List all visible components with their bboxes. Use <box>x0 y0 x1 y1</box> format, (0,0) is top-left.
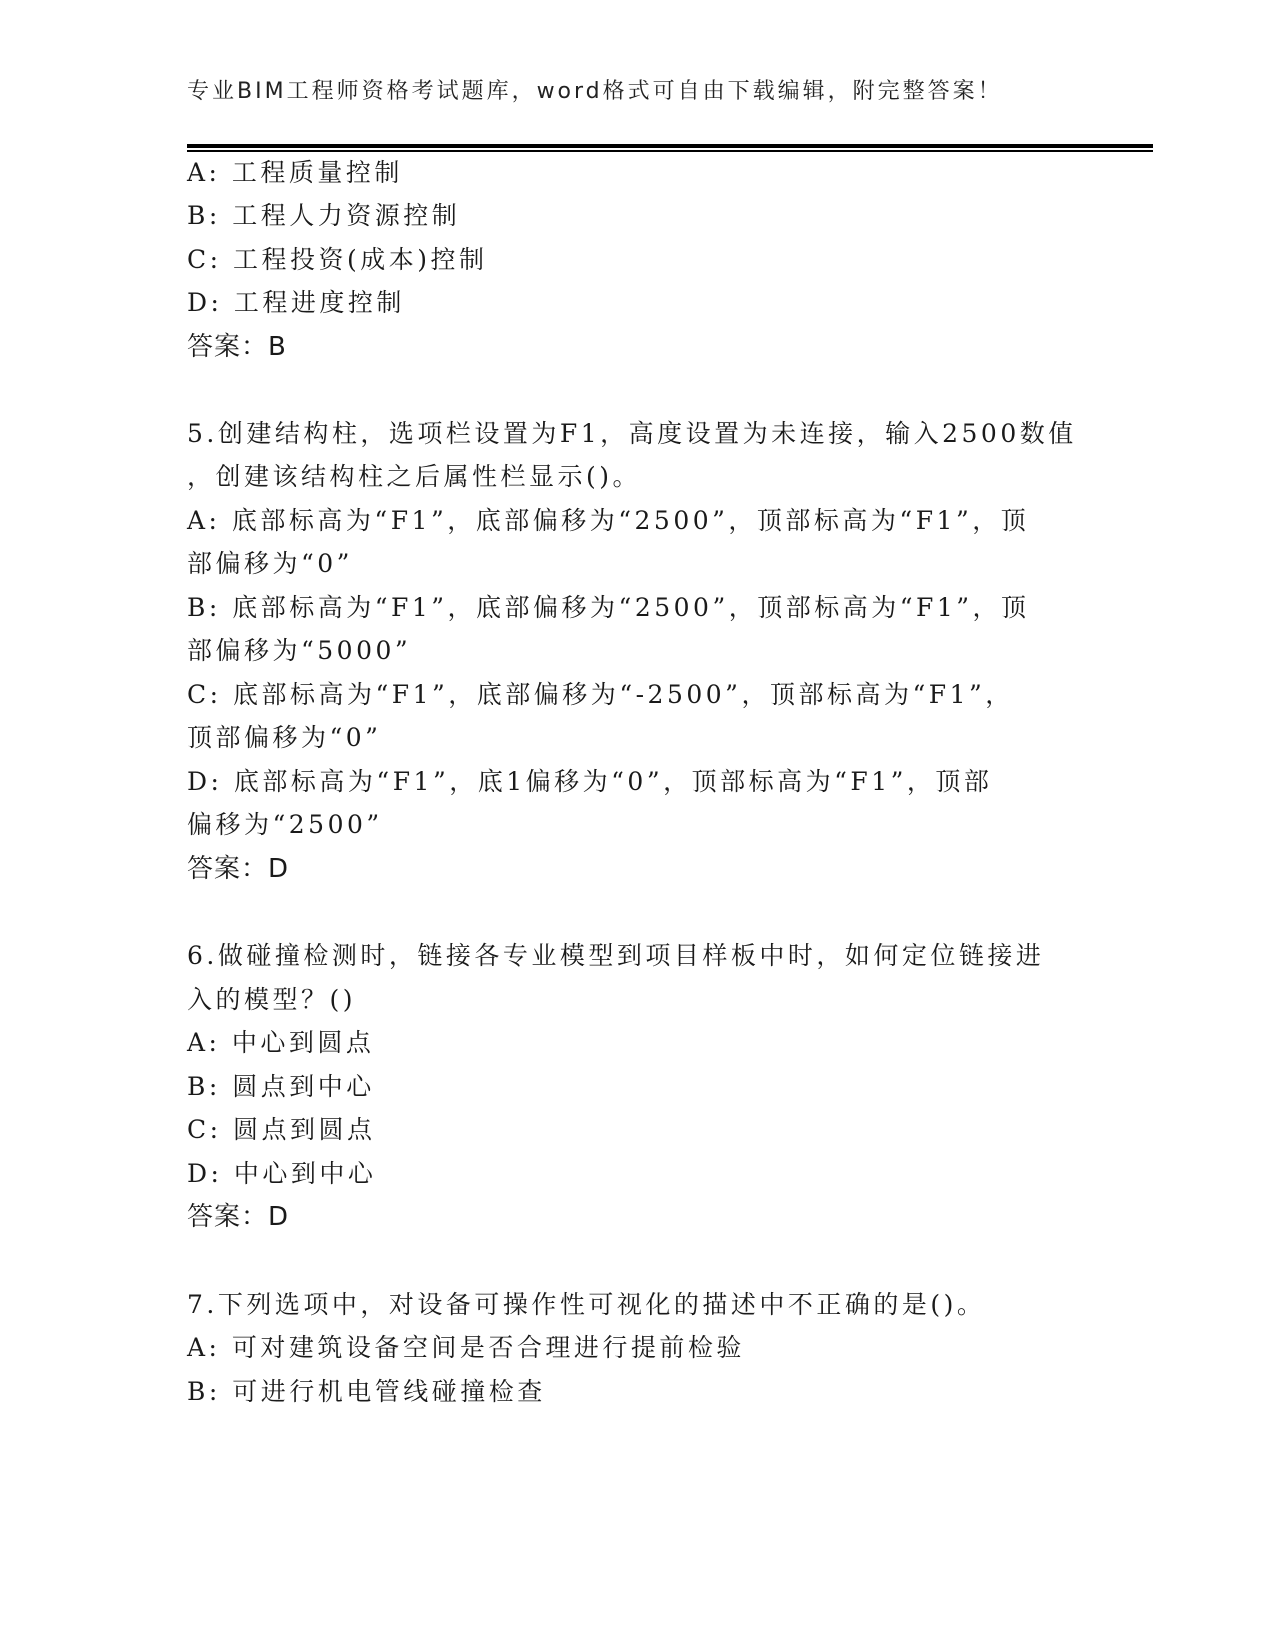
q7-question-line1: 7.下列选项中，对设备可操作性可视化的描述中不正确的是()。 <box>187 1290 985 1320</box>
q6-question-line2: 入的模型？() <box>187 985 356 1015</box>
q5-option-c-cont: 顶部偏移为“0” <box>187 723 381 753</box>
q4-option-d: D: 工程进度控制 <box>187 288 405 318</box>
q5-option-c: C: 底部标高为“F1”，底部偏移为“-2500”，顶部标高为“F1”， <box>187 680 1014 710</box>
q4-option-a: A: 工程质量控制 <box>187 158 403 188</box>
q6-option-b: B: 圆点到中心 <box>187 1072 375 1102</box>
rule-thin <box>187 150 1153 152</box>
q4-option-c: C: 工程投资(成本)控制 <box>187 245 488 275</box>
q5-question-line1: 5.创建结构柱，选项栏设置为F1，高度设置为未连接，输入2500数值 <box>187 419 1077 449</box>
q5-option-a: A: 底部标高为“F1”，底部偏移为“2500”，顶部标高为“F1”，顶 <box>187 506 1029 536</box>
q7-option-a: A: 可对建筑设备空间是否合理进行提前检验 <box>187 1333 745 1363</box>
q5-option-a-cont: 部偏移为“0” <box>187 549 353 579</box>
q6-option-c: C: 圆点到圆点 <box>187 1115 376 1145</box>
q6-answer: 答案：D <box>187 1202 289 1232</box>
q5-question-line2: ，创建该结构柱之后属性栏显示()。 <box>187 462 641 492</box>
q4-option-b: B: 工程人力资源控制 <box>187 201 460 231</box>
q7-option-b: B: 可进行机电管线碰撞检查 <box>187 1377 546 1407</box>
q5-option-b-cont: 部偏移为“5000” <box>187 636 411 666</box>
q5-option-b: B: 底部标高为“F1”，底部偏移为“2500”，顶部标高为“F1”，顶 <box>187 593 1030 623</box>
q6-question-line1: 6.做碰撞检测时，链接各专业模型到项目样板中时，如何定位链接进 <box>187 941 1044 971</box>
q5-option-d: D: 底部标高为“F1”，底1偏移为“0”，顶部标高为“F1”，顶部 <box>187 767 992 797</box>
q4-answer: 答案：B <box>187 332 287 362</box>
q5-option-d-cont: 偏移为“2500” <box>187 810 383 840</box>
header-double-rule <box>187 144 1153 152</box>
q6-option-d: D: 中心到中心 <box>187 1159 376 1189</box>
document-page: 专业BIM工程师资格考试题库，word格式可自由下载编辑，附完整答案！ A: 工… <box>0 0 1275 1650</box>
q6-option-a: A: 中心到圆点 <box>187 1028 374 1058</box>
q5-answer: 答案：D <box>187 854 289 884</box>
page-header: 专业BIM工程师资格考试题库，word格式可自由下载编辑，附完整答案！ <box>187 74 1003 105</box>
